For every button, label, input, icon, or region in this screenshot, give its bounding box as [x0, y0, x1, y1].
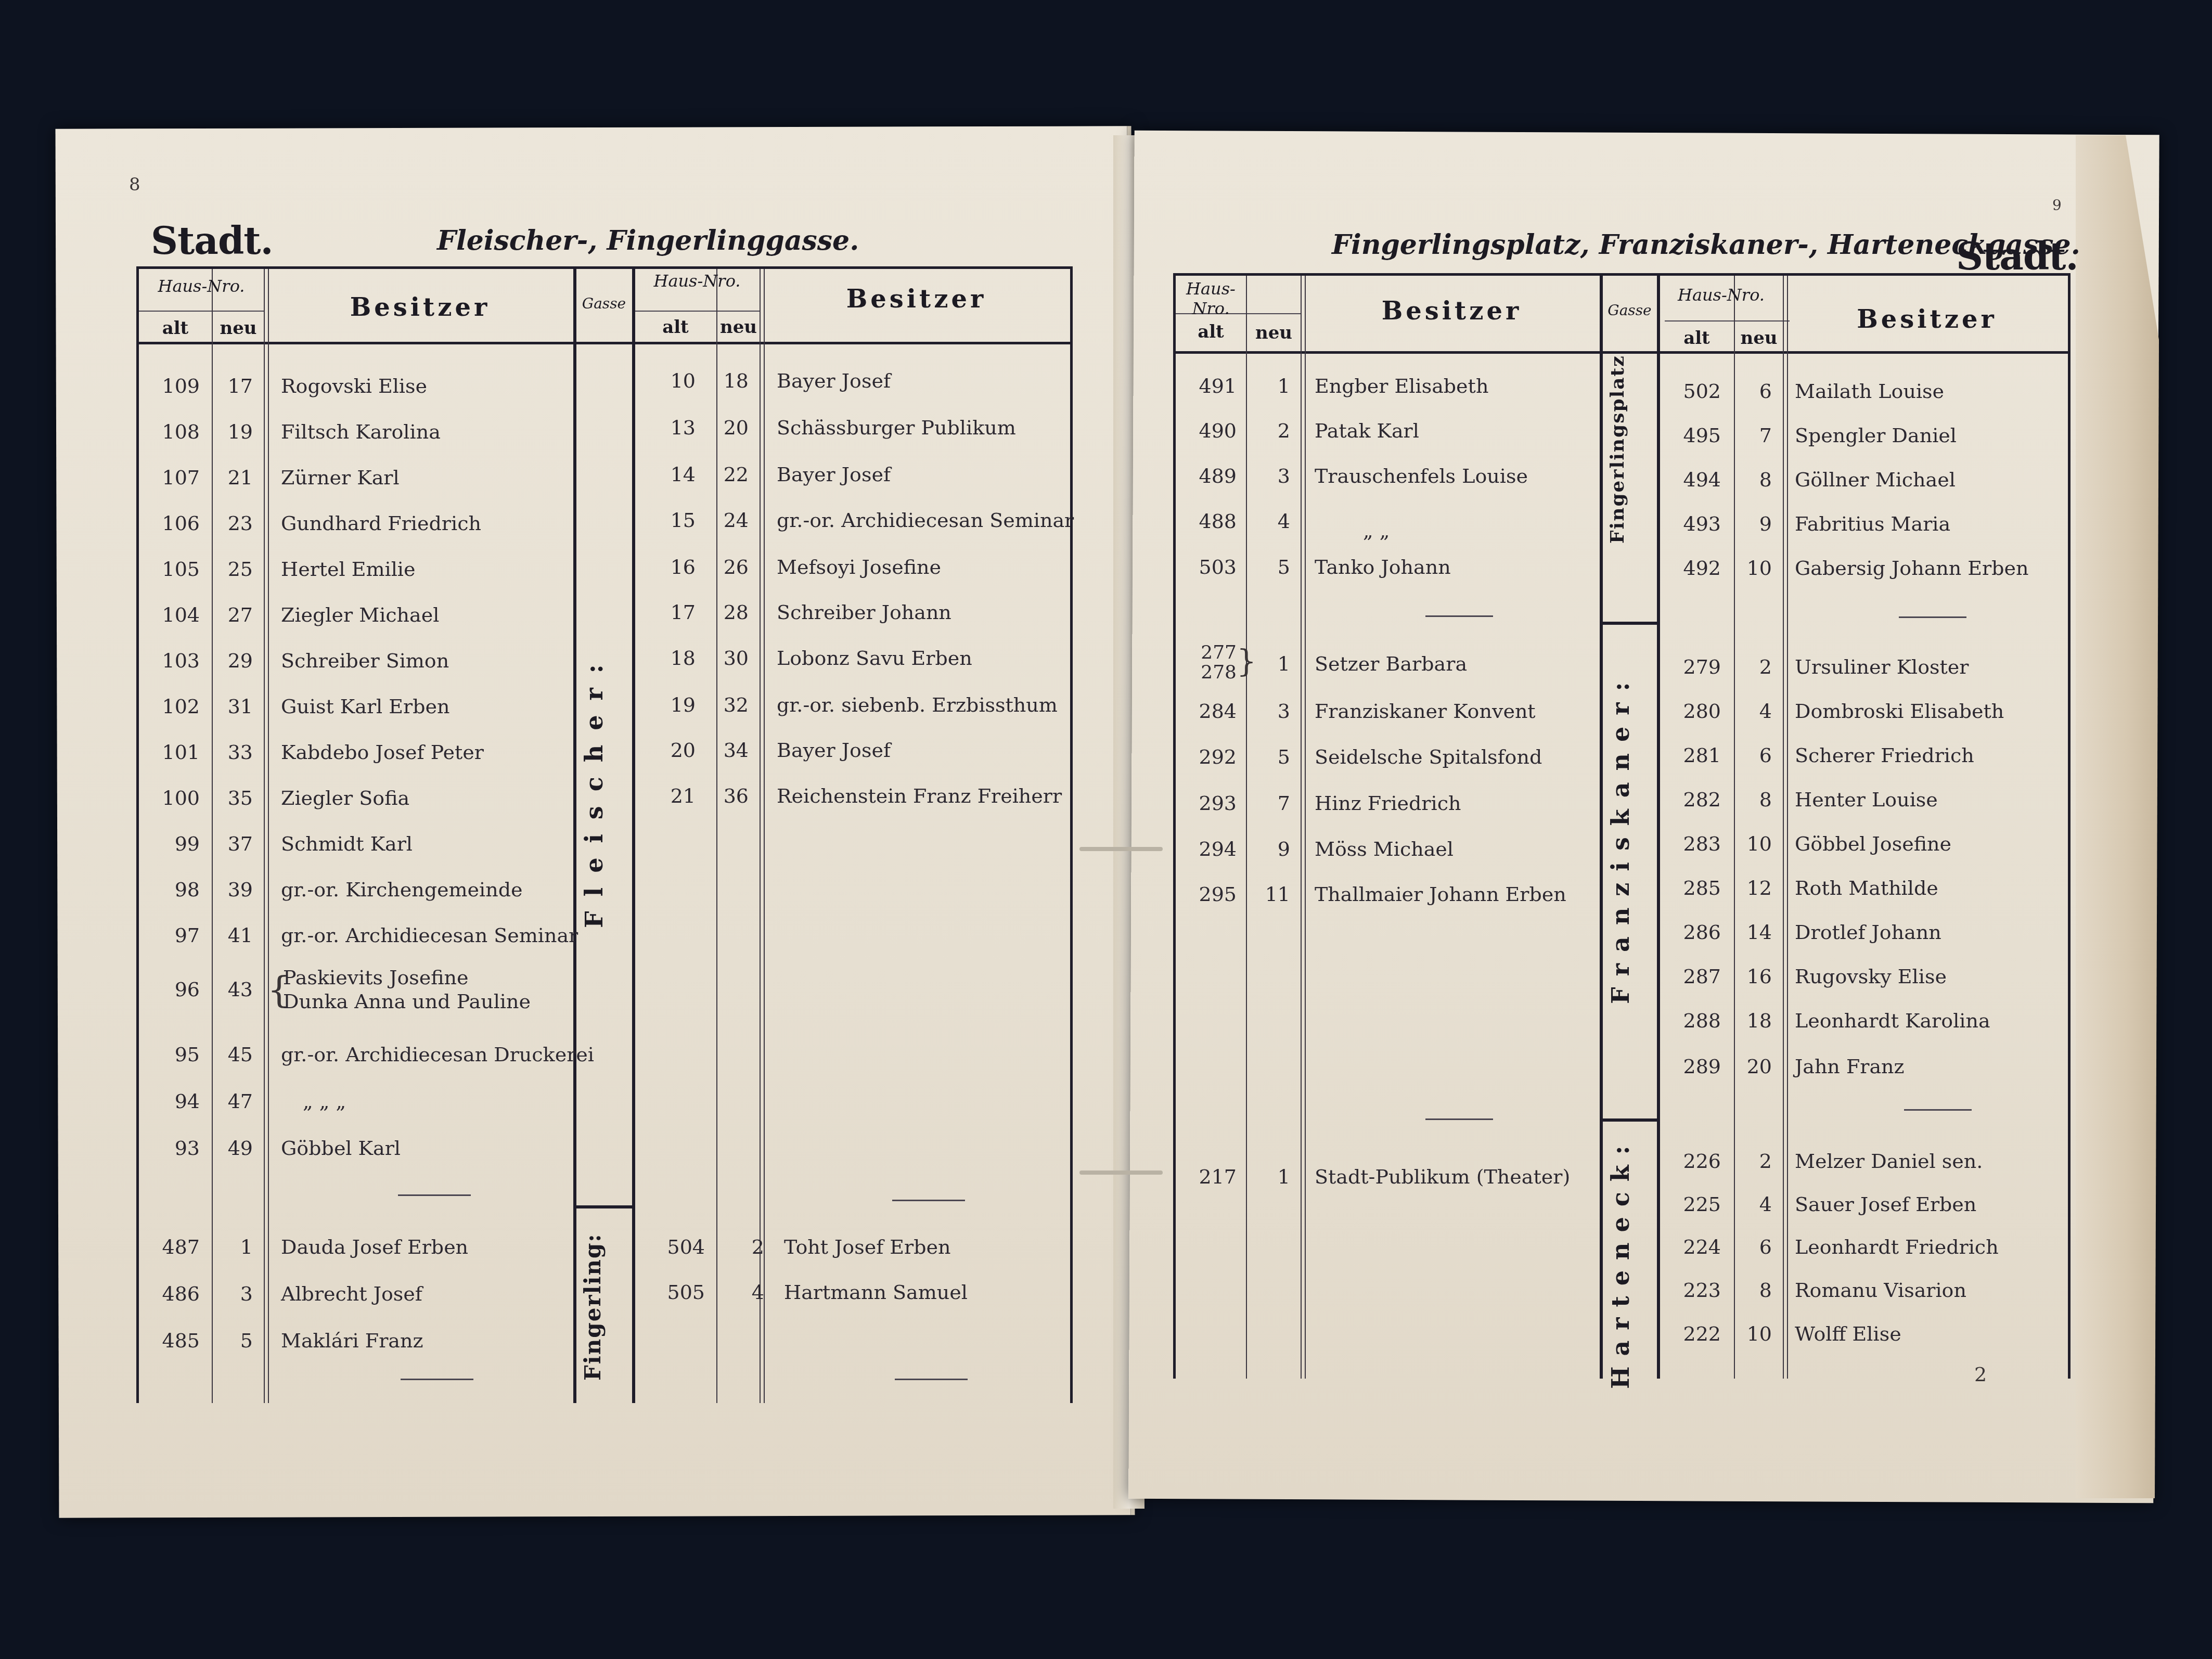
streets-title: Fleischer-, Fingerlinggasse.: [437, 225, 859, 256]
street-label-fingerlingsplatz: Fingerlingsplatz: [1606, 372, 1653, 544]
col-header-besitzer: Besitzer: [1786, 305, 2068, 334]
col-header-neu: neu: [1735, 328, 1783, 349]
col-header-neu: neu: [213, 318, 264, 339]
street-label-fingerling: Fingerling:: [580, 1221, 627, 1393]
page-number: 9: [2052, 197, 2062, 214]
col-header-besitzer: Besitzer: [763, 285, 1070, 314]
section-separator: [892, 1200, 965, 1201]
col-header-gasse: Gasse: [1602, 302, 1657, 319]
col-header-haus-nro: Haus-Nro.: [1660, 285, 1783, 305]
section-separator: [401, 1379, 473, 1380]
col-header-alt: alt: [139, 318, 212, 339]
col-header-haus-nro: Haus-Nro.: [635, 271, 760, 291]
col-header-alt: alt: [1660, 328, 1734, 349]
col-header-alt: alt: [1176, 321, 1246, 342]
binding-stitch: [1079, 1171, 1163, 1175]
section-separator: [1425, 615, 1493, 617]
col-header-besitzer: Besitzer: [1304, 297, 1600, 326]
city-heading: Stadt.: [1956, 234, 2078, 278]
section-separator: [1899, 616, 1966, 618]
street-label-franziskaner: Franziskaner:: [1606, 692, 1653, 1004]
section-separator: [1904, 1109, 1972, 1111]
col-header-haus-nro: Haus-Nro.: [1176, 279, 1246, 318]
col-header-neu: neu: [717, 317, 760, 338]
worn-page-edge: [2076, 135, 2159, 1498]
street-label-fleischer: Fleischer:: [580, 482, 627, 1096]
col-header-gasse: Gasse: [576, 295, 632, 312]
page-number: 8: [129, 174, 140, 195]
col-header-haus-nro: Haus-Nro.: [139, 276, 264, 296]
sheet-signature: 2: [1974, 1363, 1987, 1386]
street-label-harteneck: Harteneck:: [1606, 1171, 1653, 1389]
col-header-besitzer: Besitzer: [267, 293, 573, 322]
section-separator: [1425, 1118, 1493, 1120]
section-separator: [398, 1194, 471, 1196]
col-header-neu: neu: [1247, 323, 1301, 343]
section-separator: [895, 1379, 968, 1380]
col-header-alt: alt: [635, 317, 716, 338]
binding-stitch: [1079, 847, 1163, 851]
city-heading: Stadt.: [151, 218, 273, 263]
